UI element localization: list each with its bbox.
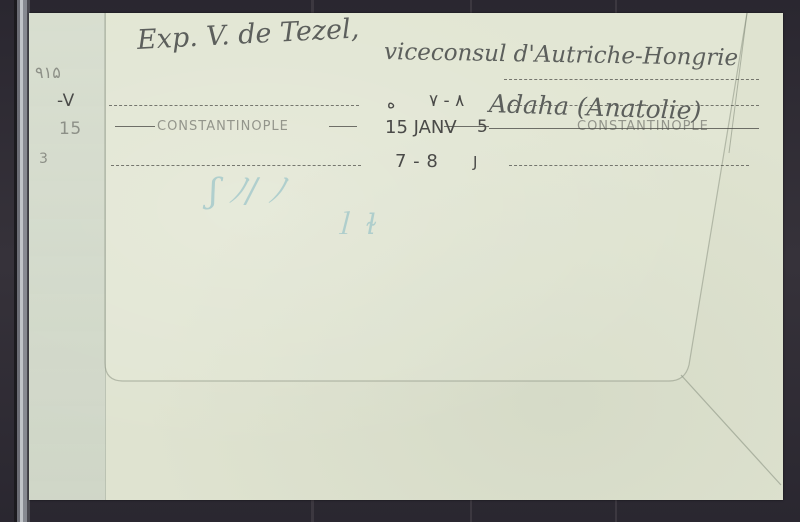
cancel-line-8 — [329, 126, 357, 127]
envelope-flap-lines — [29, 13, 783, 500]
cancel-line-4 — [504, 79, 759, 80]
left-postmark-middle: -V — [57, 91, 75, 111]
cancel-line-7 — [509, 165, 749, 166]
postmark-arabic-char: ه — [387, 93, 395, 112]
envelope-back: ۹۱۵ -V 15 3 CONSTANTINOPLE ه ۷ - ۸ 15 JA… — [29, 13, 783, 500]
postmark-date: 15 JANV — [385, 117, 457, 138]
cancel-line-1 — [109, 105, 359, 106]
faint-blue-marks: ʃ ﾉ/ ﾉ — [209, 163, 285, 212]
faint-blue-marks-2: ｌ ɫ — [329, 203, 377, 243]
cancel-line-2 — [115, 126, 155, 127]
postmark-time: 7 - 8 — [395, 151, 438, 172]
postmark-time-suffix: J — [473, 153, 478, 171]
postmark-year: 5 — [477, 117, 488, 137]
left-postmark-date: 15 — [59, 119, 82, 139]
postmark-arabic-top: ۷ - ۸ — [429, 91, 464, 111]
left-postmark-top: ۹۱۵ — [35, 63, 61, 82]
postmark-city-left: CONSTANTINOPLE — [157, 119, 289, 134]
protective-sleeve-edge — [14, 0, 30, 522]
left-postmark-bottom: 3 — [39, 151, 48, 167]
